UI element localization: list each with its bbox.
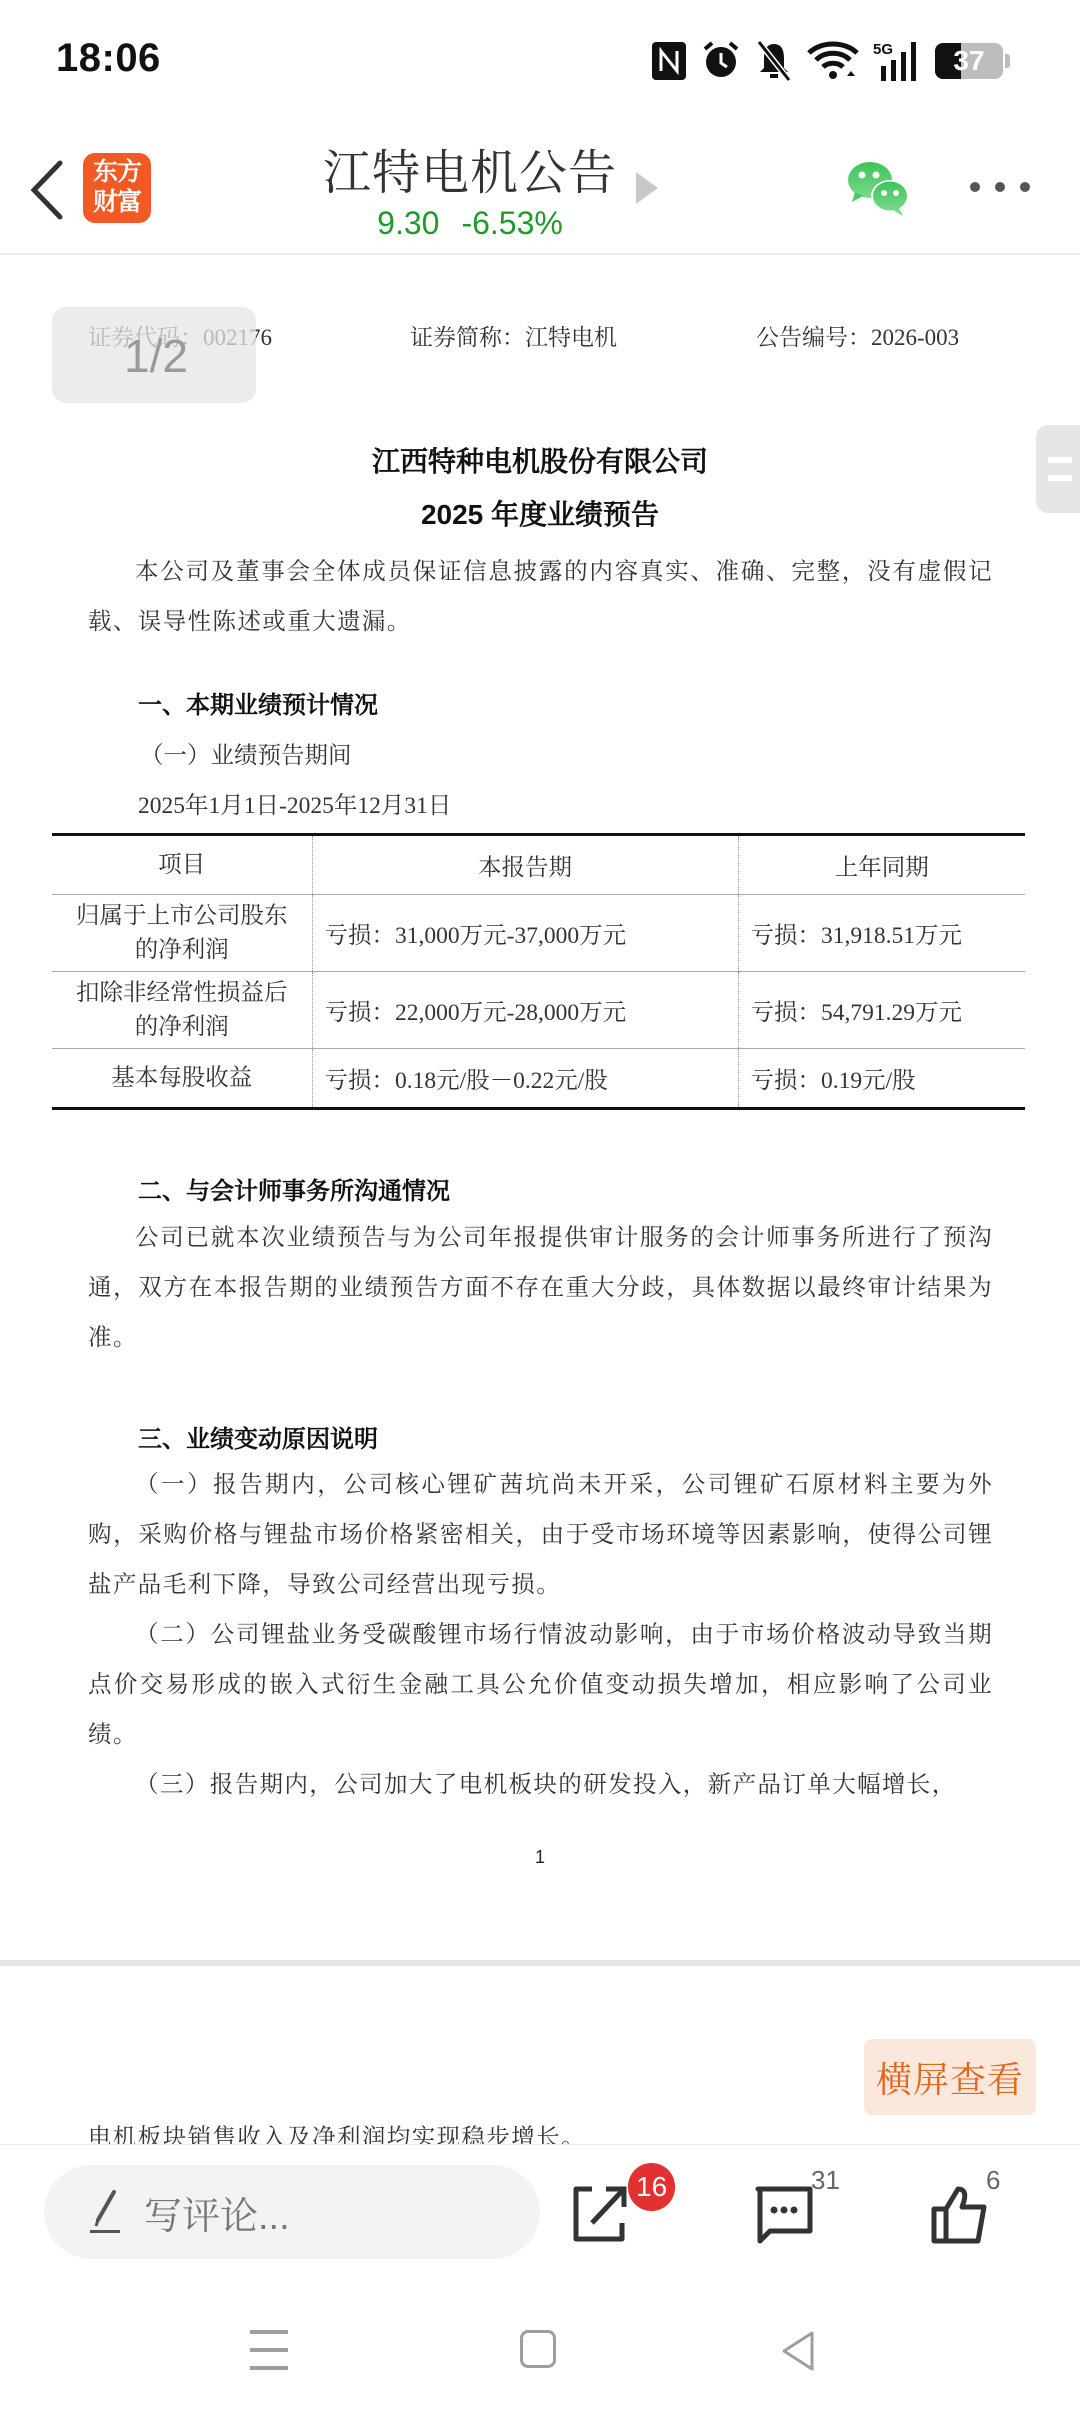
statement-paragraph: 本公司及董事会全体成员保证信息披露的内容真实、准确、完整，没有虚假记载、误导性陈… bbox=[88, 547, 993, 647]
back-triangle-icon[interactable] bbox=[780, 2330, 816, 2372]
table-cell-prior: 亏损：54,791.29万元 bbox=[738, 972, 1025, 1049]
comment-placeholder: 写评论... bbox=[144, 2185, 290, 2240]
table-cell-current: 亏损：22,000万元-28,000万元 bbox=[312, 972, 738, 1049]
comment-icon bbox=[754, 2183, 814, 2245]
nfc-icon bbox=[651, 41, 687, 81]
section3-para1: （一）报告期内，公司核心锂矿茜坑尚未开采，公司锂矿石原材料主要为外购，采购价格与… bbox=[88, 1460, 993, 1610]
menu-line-icon bbox=[250, 2366, 288, 2370]
section1-sub-heading: （一）业绩预告期间 bbox=[140, 736, 352, 770]
announcement-document[interactable]: 证券代码：002176 证券简称：江特电机 公告编号：2026-003 1/2 … bbox=[0, 257, 1080, 1957]
security-short-name: 证券简称：江特电机 bbox=[410, 319, 617, 352]
pencil-icon bbox=[88, 2190, 124, 2234]
table-row: 基本每股收益 亏损：0.18元/股－0.22元/股 亏损：0.19元/股 bbox=[52, 1049, 1025, 1109]
menu-line-icon bbox=[250, 2330, 288, 2334]
landscape-view-button[interactable]: 横屏查看 bbox=[864, 2039, 1036, 2115]
alarm-icon bbox=[701, 40, 741, 82]
table-cell-prior: 亏损：0.19元/股 bbox=[738, 1049, 1025, 1109]
svg-text:5G: 5G bbox=[873, 41, 893, 58]
forecast-period: 2025年1月1日-2025年12月31日 bbox=[138, 786, 451, 820]
system-nav-bar bbox=[0, 2284, 1080, 2412]
home-button[interactable] bbox=[520, 2330, 556, 2368]
triangle-right-icon[interactable] bbox=[636, 172, 658, 204]
item-line: 归属于上市公司股东 bbox=[52, 899, 312, 933]
status-bar: 18:06 5G 37 bbox=[0, 0, 1080, 120]
battery-nub bbox=[1005, 54, 1010, 68]
more-options-button[interactable] bbox=[970, 172, 1030, 202]
table-cell-item: 扣除非经常性损益后的净利润 bbox=[52, 972, 312, 1049]
likes-count: 6 bbox=[986, 2165, 1000, 2196]
thumbs-up-icon bbox=[930, 2183, 992, 2245]
item-line: 的净利润 bbox=[52, 1010, 312, 1044]
wechat-icon bbox=[845, 158, 911, 218]
header: 东方 财富 江特电机公告 9.30-6.53% bbox=[0, 120, 1080, 255]
page-number: 1 bbox=[0, 1847, 1080, 1868]
logo-line1: 东方 bbox=[83, 157, 151, 187]
chevron-left-icon bbox=[28, 159, 64, 221]
table-row: 扣除非经常性损益后的净利润 亏损：22,000万元-28,000万元 亏损：54… bbox=[52, 972, 1025, 1049]
page-divider bbox=[0, 1960, 1080, 1966]
back-button[interactable] bbox=[18, 150, 74, 230]
comment-input[interactable]: 写评论... bbox=[44, 2165, 540, 2259]
section3-para3: （三）报告期内，公司加大了电机板块的研发投入，新产品订单大幅增长， bbox=[88, 1760, 993, 1810]
page-indicator: 1/2 bbox=[52, 307, 256, 403]
status-time: 18:06 bbox=[56, 36, 161, 81]
signal-5g-icon: 5G bbox=[873, 40, 921, 82]
next-page-text: 电机板块销售收入及净利润均实现稳步增长。 bbox=[88, 2118, 988, 2146]
table-cell-current: 亏损：0.18元/股－0.22元/股 bbox=[312, 1049, 738, 1109]
section1-heading: 一、本期业绩预计情况 bbox=[138, 685, 378, 720]
table-cell-item: 基本每股收益 bbox=[52, 1049, 312, 1109]
notice-number: 公告编号：2026-003 bbox=[756, 319, 959, 352]
section2-body: 公司已就本次业绩预告与为公司年报提供审计服务的会计师事务所进行了预沟通，双方在本… bbox=[88, 1213, 993, 1363]
bottom-action-bar: 写评论... 16 31 6 bbox=[0, 2144, 1080, 2284]
item-line: 的净利润 bbox=[52, 933, 312, 967]
page-title: 江特电机公告 bbox=[300, 134, 640, 203]
stock-price: 9.30 bbox=[377, 205, 439, 241]
report-title: 2025 年度业绩预告 bbox=[0, 493, 1080, 533]
table-header: 本报告期 bbox=[312, 835, 738, 895]
price-change: -6.53% bbox=[461, 205, 562, 241]
more-dot-icon bbox=[995, 182, 1005, 192]
forecast-table: 项目 本报告期 上年同期 归属于上市公司股东的净利润 亏损：31,000万元-3… bbox=[52, 833, 1025, 1110]
title-block[interactable]: 江特电机公告 9.30-6.53% bbox=[300, 134, 640, 242]
logo-line2: 财富 bbox=[83, 187, 151, 217]
section2-heading: 二、与会计师事务所沟通情况 bbox=[138, 1171, 450, 1206]
battery-icon: 37 bbox=[935, 43, 1003, 79]
more-dot-icon bbox=[970, 182, 980, 192]
table-cell-prior: 亏损：31,918.51万元 bbox=[738, 895, 1025, 972]
recent-apps-button[interactable] bbox=[250, 2330, 288, 2370]
page-indicator-text: 1/2 bbox=[124, 329, 188, 383]
battery-percent: 37 bbox=[935, 43, 1003, 79]
price-row: 9.30-6.53% bbox=[300, 205, 640, 242]
table-cell-current: 亏损：31,000万元-37,000万元 bbox=[312, 895, 738, 972]
section3-heading: 三、业绩变动原因说明 bbox=[138, 1419, 378, 1454]
table-header-row: 项目 本报告期 上年同期 bbox=[52, 835, 1025, 895]
menu-line-icon bbox=[250, 2348, 288, 2352]
share-icon bbox=[570, 2183, 630, 2245]
bell-muted-icon bbox=[755, 40, 793, 82]
table-cell-item: 归属于上市公司股东的净利润 bbox=[52, 895, 312, 972]
wifi-icon bbox=[807, 41, 859, 81]
table-header: 项目 bbox=[52, 835, 312, 895]
table-row: 归属于上市公司股东的净利润 亏损：31,000万元-37,000万元 亏损：31… bbox=[52, 895, 1025, 972]
table-header: 上年同期 bbox=[738, 835, 1025, 895]
wechat-share-button[interactable] bbox=[845, 158, 911, 218]
share-badge: 16 bbox=[628, 2163, 675, 2211]
more-dot-icon bbox=[1020, 182, 1030, 192]
comments-count: 31 bbox=[811, 2165, 840, 2196]
section3-para2: （二）公司锂盐业务受碳酸锂市场行情波动影响，由于市场价格波动导致当期点价交易形成… bbox=[88, 1610, 993, 1760]
company-name: 江西特种电机股份有限公司 bbox=[0, 440, 1080, 480]
status-icons: 5G 37 bbox=[651, 38, 1010, 84]
app-logo[interactable]: 东方 财富 bbox=[83, 153, 151, 223]
item-line: 扣除非经常性损益后 bbox=[52, 976, 312, 1010]
